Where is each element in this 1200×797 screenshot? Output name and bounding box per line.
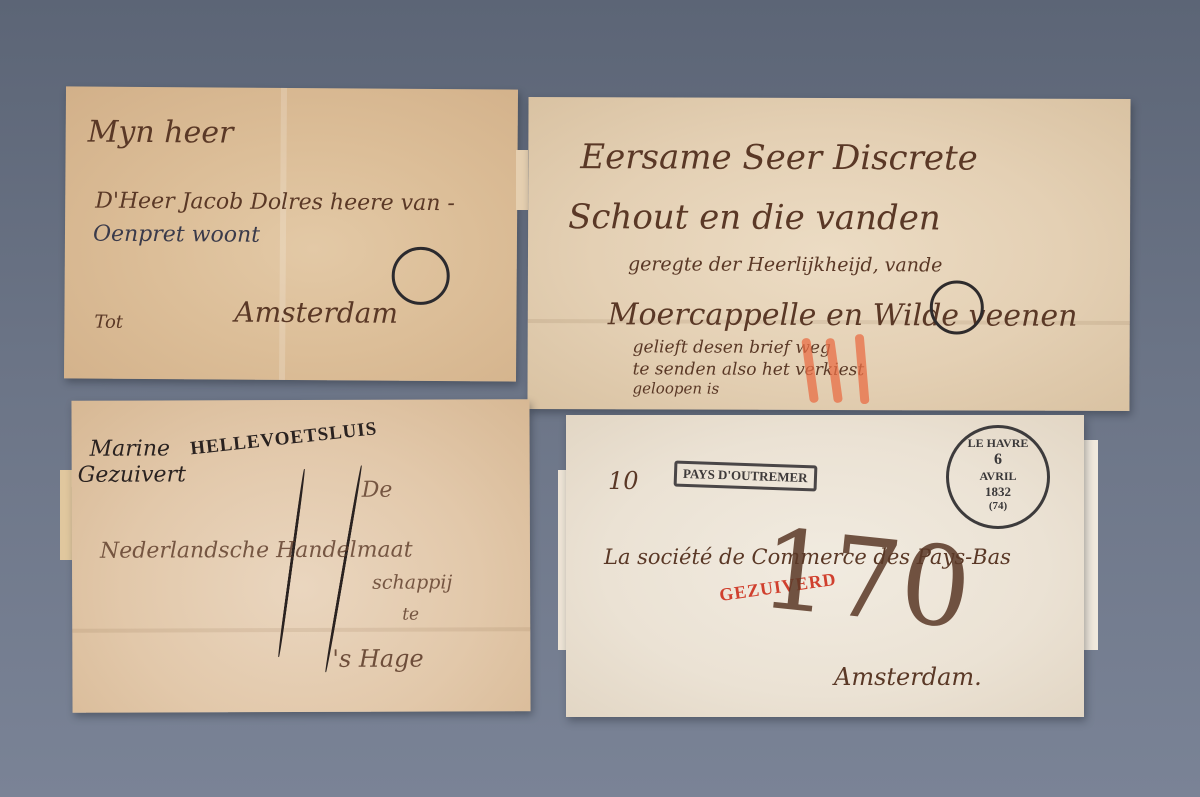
cds-day: 6 — [949, 451, 1047, 469]
address-line: schappij — [372, 571, 452, 593]
letter-flap — [1082, 440, 1098, 650]
address-line: Nederlandsche Handelmaat — [100, 538, 413, 564]
rate-stroke — [324, 465, 363, 672]
cds-month: AVRIL — [949, 469, 1047, 484]
city-name: Amsterdam. — [834, 663, 982, 691]
salutation: Myn heer — [88, 115, 234, 151]
prefix-text: Tot — [94, 312, 123, 333]
wax-seal-icon — [930, 280, 984, 334]
cds-year: 1832 — [949, 484, 1047, 500]
address-line: Schout en die vanden — [568, 197, 941, 238]
address-line: Oenpret woont — [93, 222, 260, 248]
fold-line — [279, 88, 287, 380]
wax-seal-icon — [392, 247, 450, 305]
box-stamp-text: PAYS D'OUTREMER — [683, 466, 808, 485]
box-stamp: PAYS D'OUTREMER — [674, 461, 817, 492]
red-crayon-mark — [855, 334, 870, 405]
address-prefix: De — [362, 478, 393, 503]
letter-bottom-left: Marine Gezuivert HELLEVOETSLUIS De Neder… — [71, 399, 530, 713]
address-line: D'Heer Jacob Dolres heere van - — [95, 189, 455, 217]
cds-dept: (74) — [949, 500, 1047, 512]
letter-flap — [516, 150, 528, 210]
town-stamp: HELLEVOETSLUIS — [189, 418, 378, 460]
city-name: Amsterdam — [234, 296, 398, 330]
fold-line — [72, 627, 530, 633]
letter-top-right: Eersame Seer Discrete Schout en die vand… — [527, 97, 1130, 411]
address-line: Eersame Seer Discrete — [580, 137, 978, 178]
address-line: geregte der Heerlijkheijd, vande — [628, 253, 943, 276]
cds-city: LE HAVRE — [949, 436, 1047, 451]
letter-bottom-right: 10 PAYS D'OUTREMER LE HAVRE 6 AVRIL 1832… — [566, 415, 1084, 717]
rate-small: 10 — [608, 467, 639, 495]
address-line: Moercappelle en Wilde veenen — [608, 297, 1078, 334]
rate-large: 170 — [755, 504, 977, 653]
manuscript-marine: Marine — [90, 436, 170, 461]
address-line: te — [402, 605, 419, 625]
city-name: 's Hage — [332, 645, 423, 673]
manuscript-gezuivert: Gezuivert — [78, 462, 186, 487]
circular-date-stamp: LE HAVRE 6 AVRIL 1832 (74) — [946, 425, 1050, 529]
letter-top-left: Myn heer D'Heer Jacob Dolres heere van -… — [64, 86, 518, 381]
instruction-line: geloopen is — [632, 379, 719, 397]
